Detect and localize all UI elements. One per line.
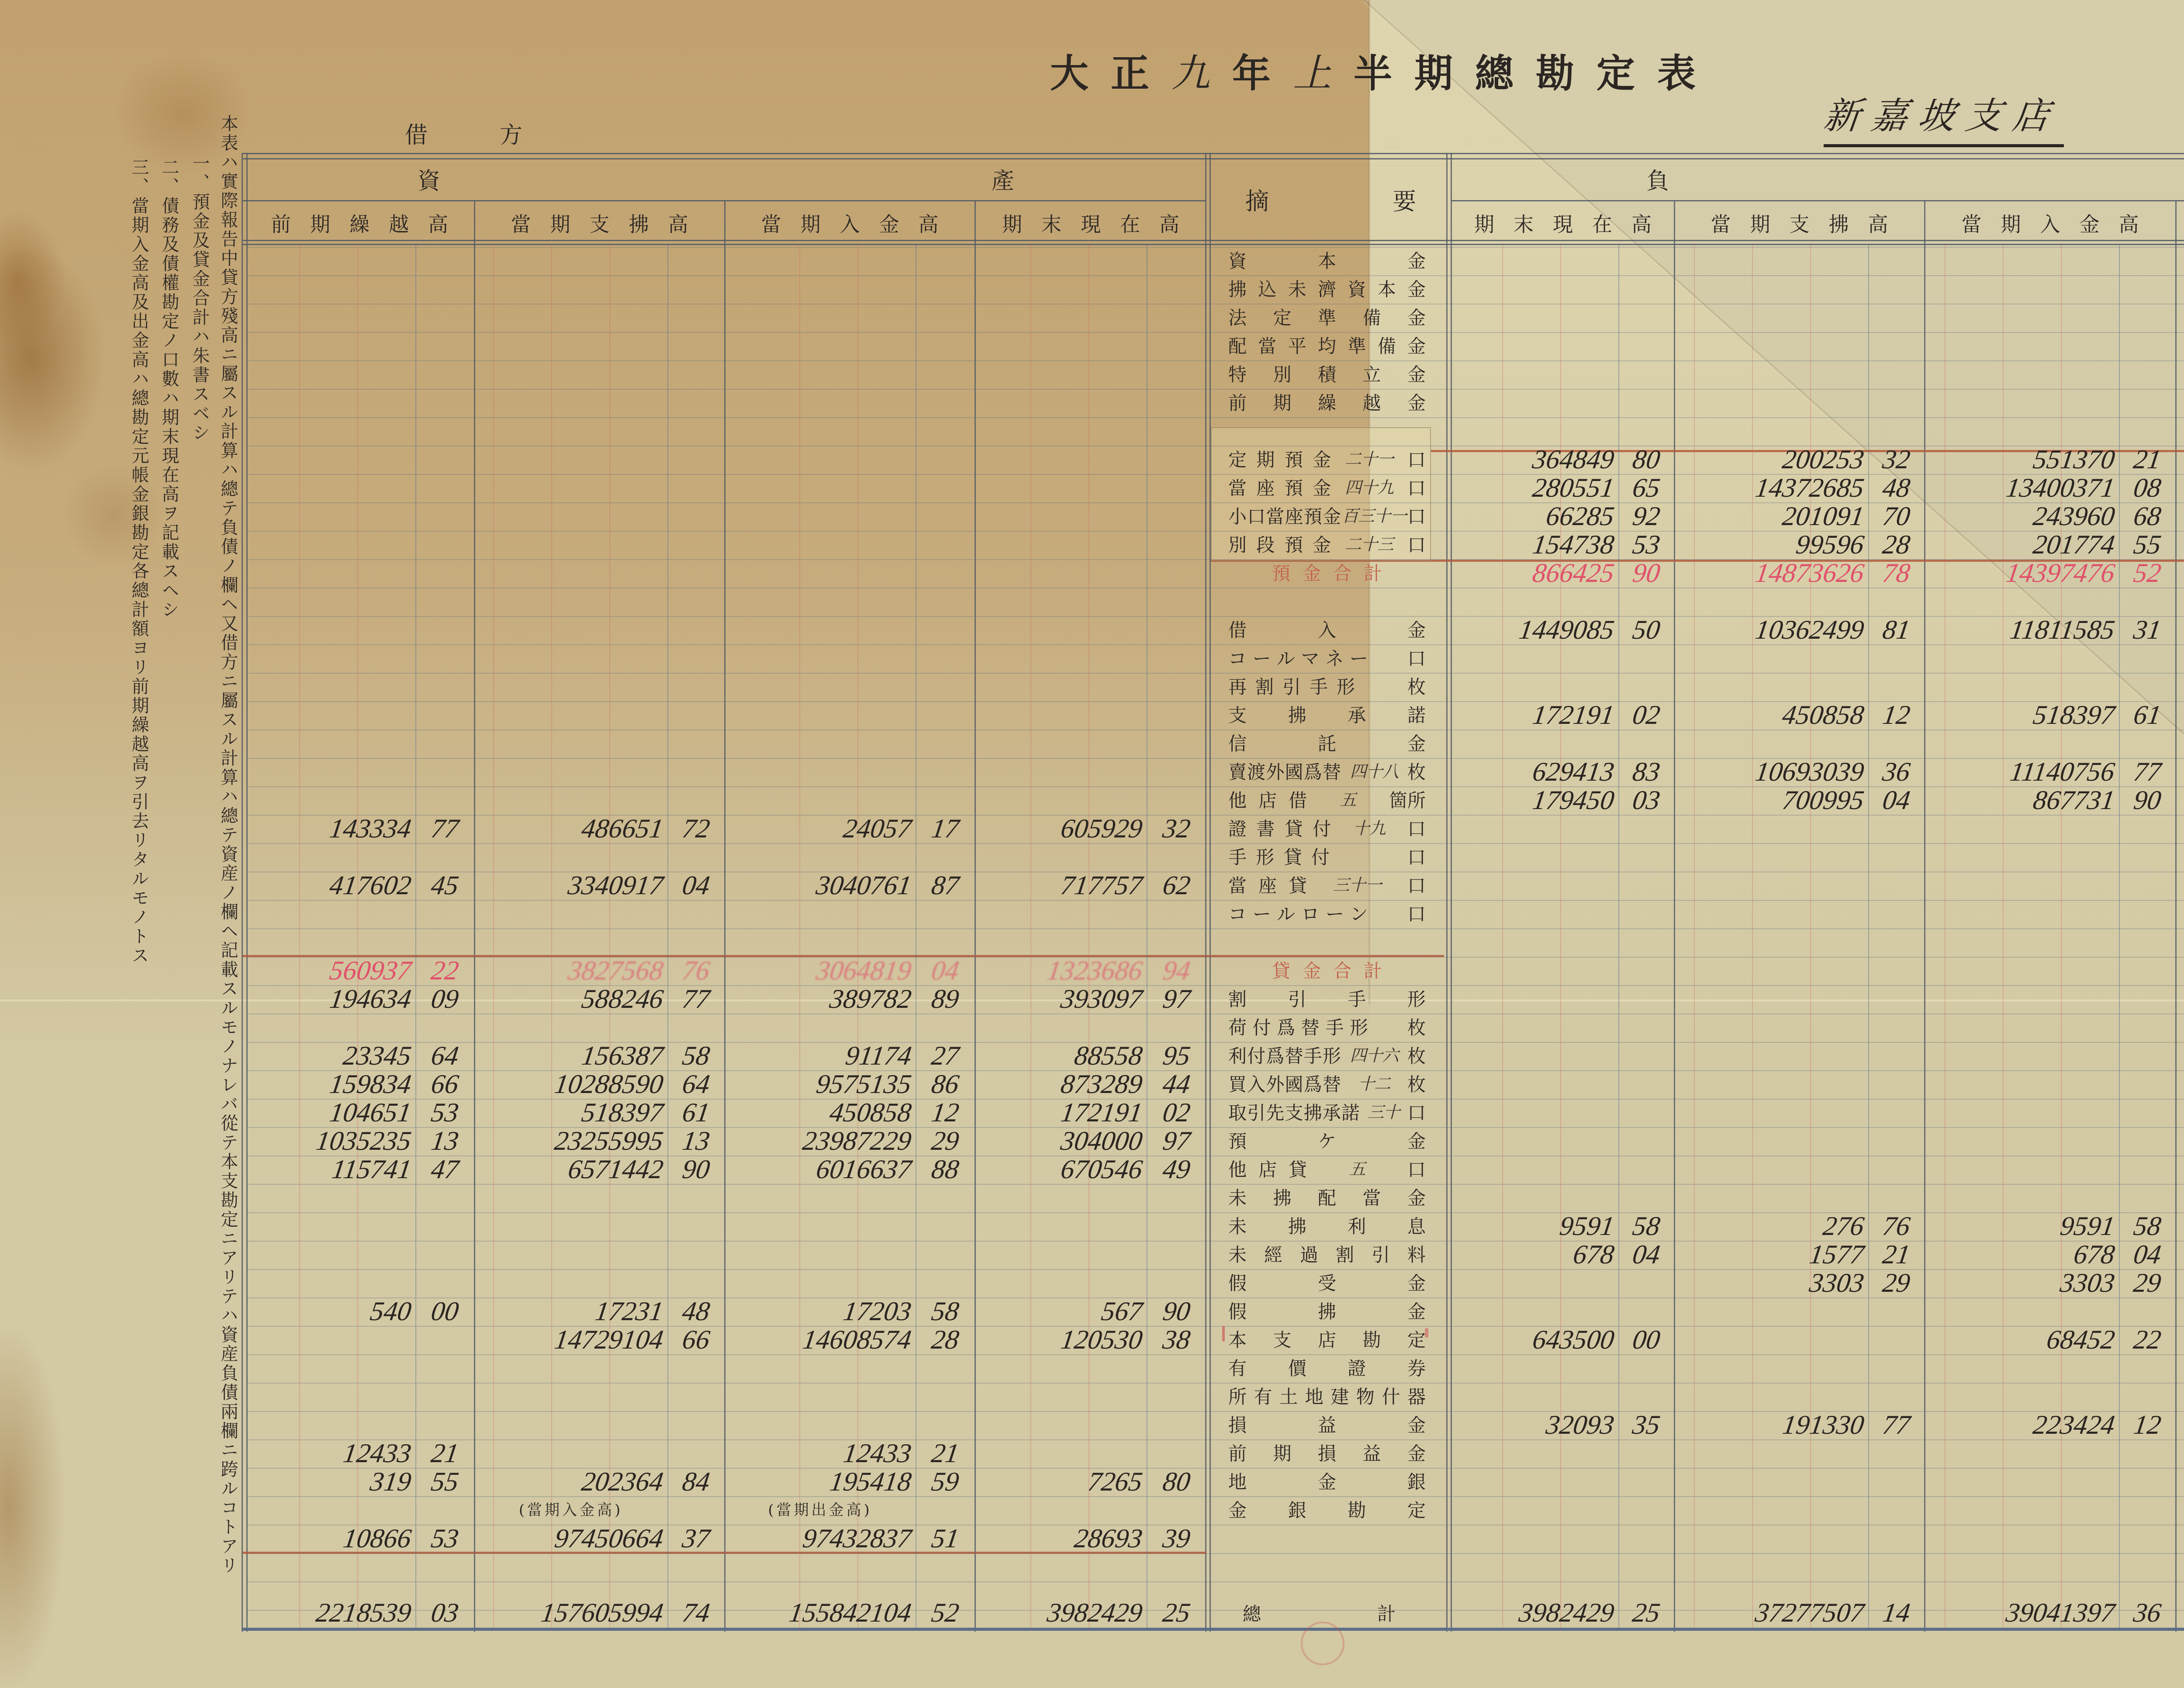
amount-cell: 221853903	[2176, 1599, 2184, 1629]
amount-yen: 88558	[1072, 1042, 1144, 1070]
amount-yen: 1449085	[1517, 616, 1616, 644]
amount-sen: 65	[1616, 474, 1676, 502]
amount-yen: 223424	[2031, 1411, 2116, 1439]
amount-sen: 27	[913, 1042, 977, 1070]
amount-yen: 14372685	[1753, 474, 1866, 502]
summary-row-label: 假拂金	[1228, 1297, 1426, 1326]
account-name: 定期預金	[1228, 446, 1331, 474]
amount-cell: 2869339	[975, 1525, 1206, 1553]
amount-sen: 25	[1144, 1599, 1208, 1627]
amount-yen: 14397476	[2004, 559, 2116, 588]
amount-cell: 71775762	[975, 872, 1206, 900]
amount-cell: 9959628	[1674, 531, 1925, 559]
amount-sen: 02	[1616, 701, 1676, 730]
amount-sen: 64	[665, 1070, 726, 1099]
amount-cell: 306481904	[725, 957, 975, 985]
amount-yen: 678	[2072, 1241, 2116, 1269]
account-name: コールローン	[1228, 900, 1368, 928]
account-count-handwritten: 三十	[1360, 1099, 1407, 1127]
amount-cell: 2341694	[2176, 502, 2184, 531]
amount-sen: 51	[913, 1525, 977, 1553]
summary-row-label: 再割引手形枚	[1228, 673, 1426, 701]
amount-cell: 20109170	[1674, 502, 1925, 531]
row-rule	[247, 928, 2184, 929]
amount-cell: 330329	[1674, 1269, 1925, 1297]
amount-cell: 1437268548	[1674, 474, 1925, 502]
amount-cell: 330329	[1925, 1269, 2176, 1297]
amount-cell: 157721	[1674, 1241, 1925, 1269]
amount-yen: 202364	[580, 1468, 665, 1496]
account-count-handwritten: 十二	[1341, 1070, 1407, 1099]
amount-cell: 103523513	[245, 1127, 474, 1155]
summary-row-label: 所有土地建物什器	[1228, 1383, 1426, 1411]
amount-cell: 57504778	[2176, 1326, 2184, 1354]
amount-sen: 78	[1866, 559, 1926, 588]
amount-cell: 9743283751	[725, 1525, 975, 1553]
amount-yen: 154738	[1531, 531, 1616, 559]
amount-yen: 10362499	[1753, 616, 1866, 644]
amount-sen: 58	[665, 1042, 726, 1070]
amount-sen: 74	[665, 1599, 726, 1627]
amount-sen: 49	[1144, 1155, 1208, 1184]
amount-sen: 61	[2117, 701, 2177, 730]
amount-yen: 17203	[841, 1297, 913, 1326]
amount-cell: 48665172	[474, 815, 725, 843]
amount-yen: 195418	[828, 1468, 913, 1496]
summary-row-label: 拂込未濟資本金	[1228, 275, 1426, 304]
summary-row-label: 當座貸三十一口	[1228, 872, 1426, 900]
digit-guide-line	[609, 245, 610, 1629]
amount-yen: 97450664	[553, 1525, 665, 1553]
account-name: 假受金	[1228, 1269, 1426, 1297]
amount-yen: 32093	[1544, 1411, 1616, 1439]
amount-yen: 364849	[1531, 446, 1616, 474]
summary-row-label: 損益金	[1228, 1411, 1426, 1439]
row-rule	[247, 900, 2184, 901]
account-name: 未拂配當金	[1228, 1184, 1426, 1212]
column-divider	[724, 201, 726, 1632]
amount-yen: 172191	[1531, 701, 1616, 730]
summary-row-label: 預ケ金	[1228, 1127, 1426, 1155]
amount-yen: 678	[1571, 1241, 1616, 1269]
row-rule	[247, 843, 2184, 844]
account-name: 當座預金	[1228, 474, 1331, 502]
amount-yen: 486651	[580, 815, 665, 843]
amount-cell: 959158	[1451, 1212, 1674, 1241]
amount-cell: 86773190	[1925, 786, 2176, 815]
summary-row-label: 貸金合計	[1228, 957, 1426, 985]
amount-yen: 518397	[2031, 701, 2116, 730]
amount-cell: 15584210452	[725, 1599, 975, 1629]
amount-cell: 601663788	[725, 1155, 975, 1184]
amount-sen: 09	[413, 985, 476, 1013]
account-name: 預金合計	[1228, 559, 1426, 588]
amount-sen: 48	[665, 1297, 726, 1326]
branch-underline	[1824, 144, 2064, 147]
amount-sen: 13	[665, 1127, 726, 1155]
amount-yen: 670546	[1059, 1155, 1144, 1184]
amount-sen: 04	[2117, 1241, 2177, 1269]
liabilities-col-header-receipts: 當期入金高	[1925, 211, 2176, 237]
account-name: 資本金	[1228, 247, 1426, 275]
amount-sen: 53	[413, 1525, 476, 1553]
amount-sen: 22	[413, 957, 476, 985]
amount-yen: 99596	[1794, 531, 1866, 559]
amount-yen: 10693039	[1753, 758, 1866, 786]
summary-row-label: 預金合計	[1228, 559, 1426, 588]
summary-row-label: 利付爲替手形四十六枚	[1228, 1042, 1426, 1070]
amount-cell: 157721	[2176, 1241, 2184, 1269]
amount-sen: 28	[913, 1326, 977, 1354]
amount-yen: 319	[368, 1468, 413, 1496]
summary-row-label: 法定準備金	[1228, 304, 1426, 332]
assets-col-header-brought-forward: 前期繰越高	[245, 211, 474, 237]
amount-cell: 9745066437	[474, 1525, 725, 1553]
amount-cell: 144908550	[1451, 616, 1674, 644]
account-name: 別段預金	[1228, 531, 1331, 559]
amount-cell: 86642590	[1451, 559, 1674, 588]
amount-yen: 159834	[328, 1070, 413, 1099]
amount-yen: 37277507	[1753, 1599, 1866, 1627]
amount-sen: 12	[1866, 701, 1926, 730]
amount-yen: 194634	[328, 985, 413, 1013]
amount-sen: 00	[413, 1297, 476, 1326]
summary-row-label: 特別積立金	[1228, 360, 1426, 389]
account-unit: 口	[1407, 474, 1426, 502]
amount-sen: 86	[913, 1070, 977, 1099]
amount-sen: 37	[665, 1525, 726, 1553]
amount-cell: 1460857428	[725, 1326, 975, 1354]
amount-cell: 3727750714	[1674, 1599, 1925, 1629]
amount-sen: 29	[2117, 1269, 2177, 1297]
amount-yen: 389782	[828, 985, 913, 1013]
row-rule	[247, 360, 2184, 361]
amount-cell: 17219102	[1451, 701, 1674, 730]
amount-yen: 104651	[328, 1099, 413, 1127]
account-unit: 口	[1407, 502, 1426, 531]
amount-cell: 1086653	[245, 1525, 474, 1553]
amount-sen: 29	[913, 1127, 977, 1155]
amount-cell: 1069303936	[1674, 758, 1925, 786]
amount-sen: 81	[1866, 616, 1926, 644]
amount-cell: 45085812	[1674, 701, 1925, 730]
amount-sen: 66	[413, 1070, 476, 1099]
amount-yen: 157605994	[539, 1599, 665, 1627]
amount-cell: 1720358	[725, 1297, 975, 1326]
account-unit: 枚	[1407, 758, 1426, 786]
debit-label: 借方	[405, 122, 594, 149]
amount-cell: 125286605	[2176, 474, 2184, 502]
amount-sen: 32	[1866, 446, 1926, 474]
amount-cell: 1472910466	[474, 1326, 725, 1354]
amount-sen: 70	[1866, 502, 1926, 531]
amount-sen: 29	[1866, 1269, 1926, 1297]
row-rule	[247, 1354, 2184, 1355]
amount-cell: 20236484	[474, 1468, 725, 1496]
amount-sen: 59	[913, 1468, 977, 1496]
account-count-handwritten: 二十一	[1331, 446, 1407, 474]
column-divider	[975, 201, 976, 1632]
amount-sen: 08	[2117, 474, 2177, 502]
account-unit: 枚	[1407, 1013, 1426, 1042]
amount-sen: 58	[1616, 1212, 1676, 1241]
amount-sen: 62	[1144, 872, 1208, 900]
account-name: 信託金	[1228, 730, 1426, 758]
amount-sen: 90	[2117, 786, 2177, 815]
amount-yen: 3982429	[1517, 1599, 1616, 1627]
amount-cell: 1028859064	[474, 1070, 725, 1099]
liabilities-col-header-brought-forward: 前期繰越高	[2176, 211, 2184, 237]
amount-yen: 3982429	[1045, 1599, 1144, 1627]
digit-guide-line	[357, 245, 358, 1629]
digit-guide-line	[799, 245, 800, 1629]
amount-sen: 55	[413, 1468, 476, 1496]
summary-row-label: 支拂承諾	[1228, 701, 1426, 730]
amount-yen: 3303	[2058, 1269, 2116, 1297]
account-name: 未經過割引料	[1228, 1241, 1426, 1269]
amount-sen: 04	[1616, 1241, 1676, 1269]
summary-row-label: 未拂配當金	[1228, 1184, 1426, 1212]
amount-cell: 1340037108	[1925, 474, 2176, 502]
summary-row-label: 未經過割引料	[1228, 1241, 1426, 1269]
amount-cell: 1723148	[474, 1297, 725, 1326]
amount-sen: 80	[1616, 446, 1676, 474]
account-name: 當座貸	[1228, 872, 1307, 900]
amount-yen: 629413	[1531, 758, 1616, 786]
amount-cell: 67054649	[975, 1155, 1206, 1184]
amount-sen: 17	[913, 815, 977, 843]
account-unit: 口	[1407, 1099, 1426, 1127]
summary-row-label: 信託金	[1228, 730, 1426, 758]
title-suffix: 半期總勘定表	[1354, 50, 1718, 96]
table-left-border	[242, 153, 243, 1632]
sen-divider	[667, 245, 668, 1629]
account-name: 前期繰越金	[1228, 389, 1426, 417]
amount-sen: 92	[1616, 502, 1676, 531]
amount-yen: 3340917	[566, 872, 665, 900]
red-tick-mark	[1222, 1326, 1225, 1342]
amount-cell: 1487362678	[1674, 559, 1925, 588]
amount-sen: 89	[913, 985, 977, 1013]
amount-yen: 23255995	[553, 1127, 665, 1155]
digit-guide-line	[857, 245, 858, 1629]
amount-sen: 21	[2117, 446, 2177, 474]
amount-yen: 17231	[593, 1297, 665, 1326]
amount-sen: 13	[413, 1127, 476, 1155]
account-name: 借入金	[1228, 616, 1426, 644]
amount-yen: 24057	[841, 815, 913, 843]
account-count-handwritten: 二十三	[1331, 531, 1407, 559]
account-name: 配當平均準備金	[1228, 332, 1426, 360]
amount-yen: 2218539	[314, 1599, 413, 1627]
assets-col-header-closing-balance: 期末現在高	[975, 211, 1206, 237]
account-name: 未拂利息	[1228, 1212, 1426, 1241]
amount-sen: 25	[1616, 1599, 1676, 1627]
amount-sen: 84	[665, 1468, 726, 1496]
amount-sen: 03	[1616, 786, 1676, 815]
amount-sen: 72	[665, 815, 726, 843]
account-name: 法定準備金	[1228, 304, 1426, 332]
amount-cell: 20177455	[1925, 531, 2176, 559]
account-count-handwritten: 三十一	[1307, 872, 1407, 900]
amount-cell: 19541859	[725, 1468, 975, 1496]
amount-sen: 36	[1866, 758, 1926, 786]
amount-yen: 39041397	[2004, 1599, 2116, 1627]
amount-cell: 8855895	[975, 1042, 1206, 1070]
amount-yen: 540	[368, 1297, 413, 1326]
amount-cell: 6845222	[1925, 1326, 2176, 1354]
amount-cell: 51839761	[474, 1099, 725, 1127]
liabilities-section-char-1: 負	[1646, 168, 1669, 194]
amount-cell: 45085812	[725, 1099, 975, 1127]
amount-cell: 3209335	[1451, 1411, 1674, 1439]
amount-sen: 88	[913, 1155, 977, 1184]
digit-guide-line	[493, 245, 494, 1629]
amount-sen: 04	[913, 957, 977, 985]
account-name: 再割引手形	[1228, 673, 1355, 701]
amount-yen: 560937	[328, 957, 413, 985]
amount-sen: 58	[913, 1297, 977, 1326]
amount-sen: 52	[913, 1599, 977, 1627]
amount-yen: 567	[1099, 1297, 1144, 1326]
summary-row-label: 當座預金四十九口	[1228, 474, 1426, 502]
amount-sen: 35	[1616, 1411, 1676, 1439]
amount-sen: 90	[1144, 1297, 1208, 1326]
amount-cell: 10465153	[2176, 701, 2184, 730]
amount-cell: 67804	[1925, 1241, 2176, 1269]
account-name: 所有土地建物什器	[1228, 1383, 1426, 1411]
amount-sen: 52	[2117, 559, 2177, 588]
account-name: 金銀勘定	[1228, 1496, 1426, 1525]
account-name: 他店借	[1228, 786, 1307, 815]
account-name: 利付爲替手形	[1228, 1042, 1341, 1070]
amount-cell: 2405717	[725, 815, 975, 843]
amount-yen: 12433	[341, 1439, 413, 1468]
amount-yen: 605929	[1059, 815, 1144, 843]
account-name: 手形貸付	[1228, 843, 1330, 872]
account-name: 割引手形	[1228, 985, 1426, 1013]
summary-row-label: 有價證券	[1228, 1354, 1426, 1383]
amount-sen: 53	[413, 1099, 476, 1127]
amount-cell: 17945003	[1451, 786, 1674, 815]
digit-guide-line	[551, 245, 552, 1629]
summary-row-label: 配當平均準備金	[1228, 332, 1426, 360]
account-count-handwritten: 五	[1307, 786, 1389, 815]
amount-yen: 417602	[328, 872, 413, 900]
account-unit: 口	[1407, 531, 1426, 559]
account-name: 賣渡外國爲替	[1228, 758, 1341, 786]
amount-cell: 132368694	[975, 957, 1206, 985]
amount-yen: 14608574	[801, 1326, 913, 1354]
amount-cell: 55137021	[1925, 446, 2176, 474]
account-name: 支拂承諾	[1228, 701, 1426, 730]
amount-cell: 1243321	[725, 1439, 975, 1468]
summary-row-label: 前期損益金	[1228, 1439, 1426, 1468]
amount-sen: 90	[665, 1155, 726, 1184]
amount-yen: 588246	[580, 985, 665, 1013]
account-count-handwritten: 四十九	[1331, 474, 1407, 502]
amount-yen: 873289	[1059, 1070, 1144, 1099]
title-half-handwritten: 上	[1293, 53, 1354, 95]
account-unit: 口	[1407, 815, 1426, 843]
account-unit: 口	[1407, 446, 1426, 474]
amount-yen: 7265	[1086, 1468, 1144, 1496]
account-name: 小口當座預金	[1228, 502, 1341, 531]
amount-sen: 00	[1616, 1326, 1676, 1354]
summary-header-char-2: 要	[1393, 189, 1416, 215]
amount-sen: 28	[1866, 531, 1926, 559]
account-name: 買入外國爲替	[1228, 1070, 1341, 1099]
account-name: 荷付爲替手形	[1228, 1013, 1368, 1042]
amount-yen: 10288590	[553, 1070, 665, 1099]
amount-cell: 20025332	[1674, 446, 1925, 474]
amount-yen: 9575135	[814, 1070, 913, 1099]
sen-divider	[916, 245, 916, 1629]
amount-sen: 03	[413, 1599, 476, 1627]
liabilities-col-header-closing-balance: 期末現在高	[1451, 211, 1674, 237]
amount-cell: 67804	[1451, 1241, 1674, 1269]
amount-cell: 27676	[1674, 1212, 1925, 1241]
row-rule	[247, 275, 2184, 276]
amount-yen: 11811585	[2008, 616, 2117, 644]
amount-yen: 155842104	[787, 1599, 913, 1627]
amount-cell: 1373291	[2176, 446, 2184, 474]
row-rule	[247, 304, 2184, 304]
summary-right-border	[1451, 153, 1452, 1632]
digit-guide-line	[1030, 245, 1031, 1629]
amount-yen: 3040761	[814, 872, 913, 900]
note-preamble: 本表ハ實際報告中貸方殘高ニ屬スル計算ハ總テ負債ノ欄ヘ又借方ニ屬スル計算ハ總テ資産…	[218, 114, 238, 1575]
amount-cell: 134257616	[2176, 559, 2184, 588]
column-sublabel: (當期出金高)	[725, 1496, 916, 1525]
amount-cell: 39309797	[975, 985, 1206, 1013]
assets-section-char-2: 產	[992, 168, 1014, 194]
amount-yen: 14873626	[1753, 559, 1866, 588]
amount-sen: 97	[1144, 1127, 1208, 1155]
account-name: コールマネー	[1228, 644, 1368, 673]
amount-yen: 23345	[341, 1042, 413, 1070]
amount-sen: 97	[1144, 985, 1208, 1013]
amount-cell: 19463409	[245, 985, 474, 1013]
amount-cell: 304076187	[725, 872, 975, 900]
account-count-handwritten: 十九	[1331, 815, 1407, 843]
amount-cell: 31955	[245, 1468, 474, 1496]
title-year-handwritten: 九	[1171, 53, 1232, 95]
amount-yen: 551370	[2031, 446, 2116, 474]
branch-name: 新嘉坡支店	[1821, 93, 2062, 141]
amount-cell: 959158	[1925, 1212, 2176, 1241]
amount-cell: 9117427	[725, 1042, 975, 1070]
amount-cell: 51839761	[1925, 701, 2176, 730]
header-bottom-rule	[243, 244, 2184, 245]
amount-cell: 19133077	[1674, 1411, 1925, 1439]
amount-yen: 9591	[1558, 1212, 1616, 1241]
amount-cell: 24396068	[1925, 502, 2176, 531]
amount-sen: 21	[1866, 1241, 1926, 1269]
amount-cell: 657144290	[474, 1155, 725, 1184]
amount-sen: 76	[665, 957, 726, 985]
summary-row-label: 借入金	[1228, 616, 1426, 644]
amount-cell: 62941383	[1451, 758, 1674, 786]
summary-row-label: 金銀勘定	[1228, 1496, 1426, 1525]
amount-sen: 80	[1144, 1468, 1208, 1496]
account-unit: 口	[1407, 644, 1426, 673]
account-name: 前期損益金	[1228, 1439, 1426, 1468]
amount-cell: 12053038	[975, 1326, 1206, 1354]
amount-sen: 38	[1144, 1326, 1208, 1354]
amount-yen: 97432837	[801, 1525, 913, 1553]
amount-sen: 64	[413, 1042, 476, 1070]
